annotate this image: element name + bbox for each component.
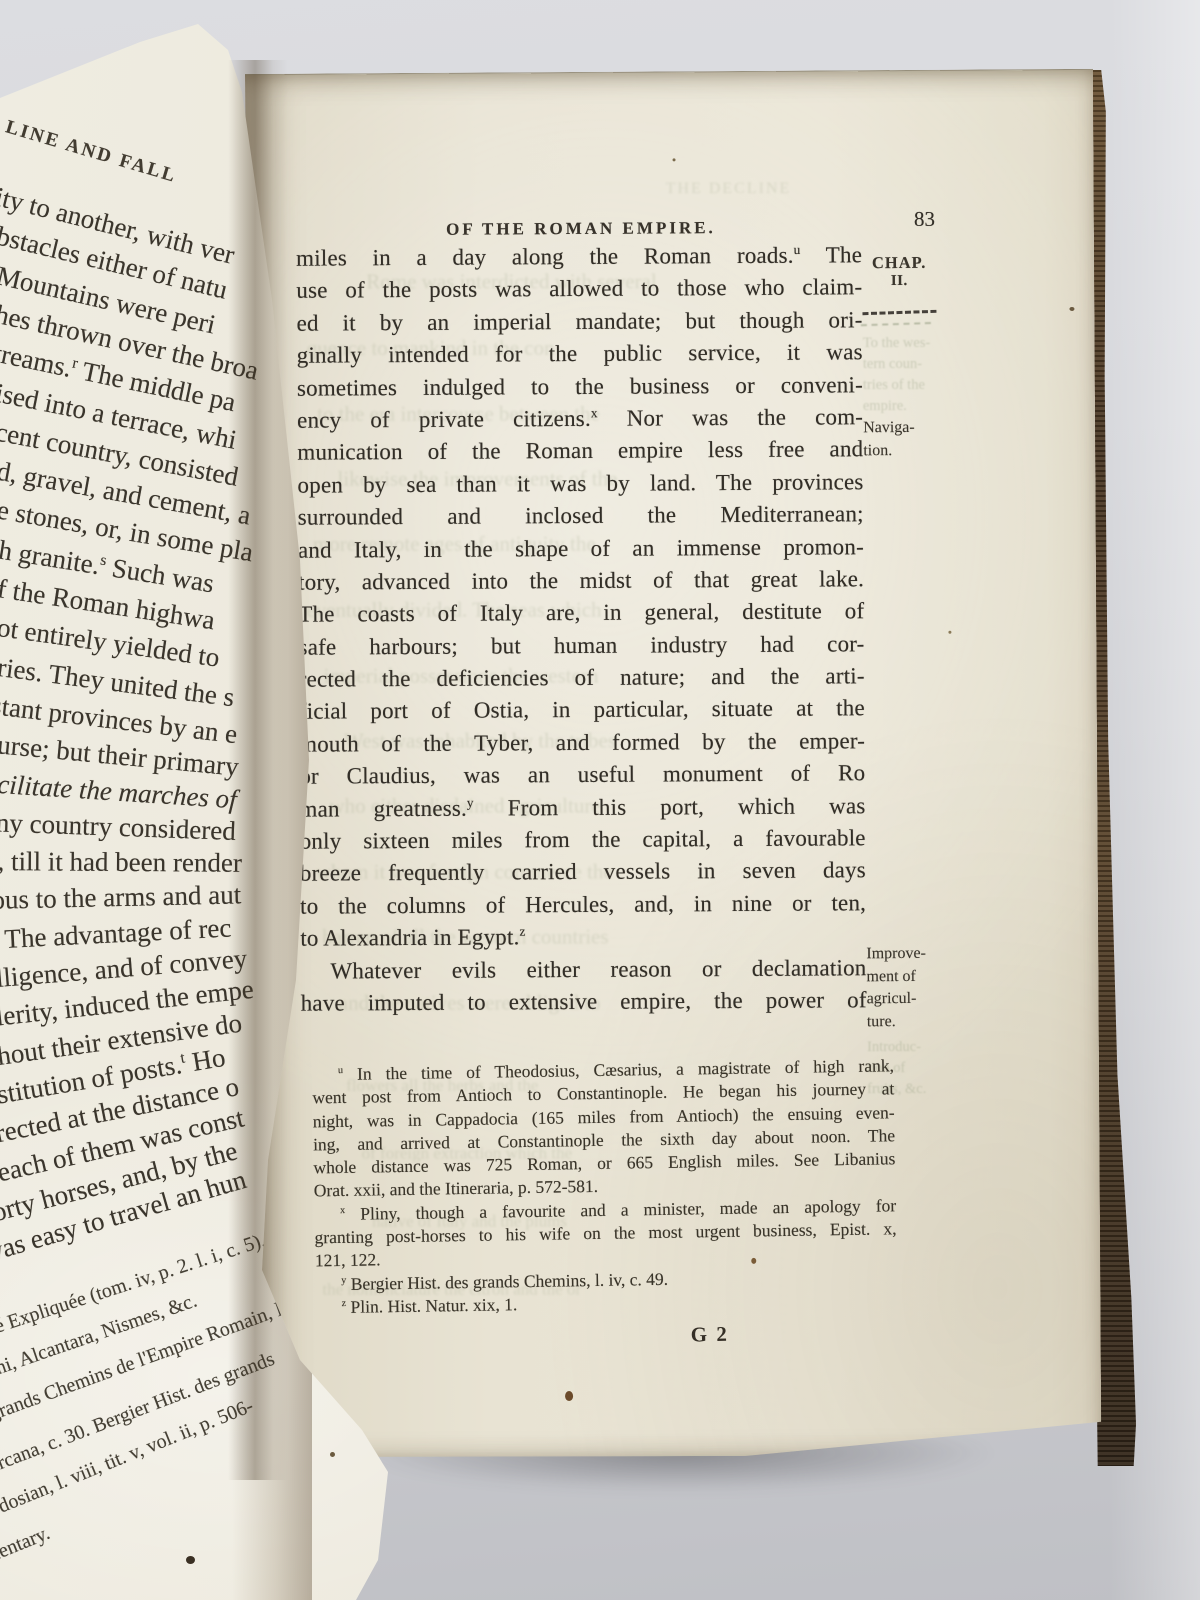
- margin-chapter-label: CHAP.: [860, 253, 938, 273]
- left-footnote-line-5: nentary.: [0, 1522, 53, 1567]
- body-text-line-5: ency of private citizens.x Nor was the c…: [297, 401, 863, 437]
- gutter-seam: [228, 60, 288, 1480]
- bleedthrough-margin-note: To the wes- tern coun- tries of the empi…: [863, 333, 931, 417]
- body-text-line-7: open by sea than it was by land. The pro…: [297, 466, 863, 502]
- foxing-speck: [673, 158, 676, 161]
- body-text-line-14: ficial port of Ostia, in particular, sit…: [299, 693, 865, 729]
- photo-of-open-book: Rome was interdicted with severalquence …: [0, 0, 1200, 1600]
- body-text-line-3: ginally intended for the public service,…: [297, 336, 863, 372]
- running-header: OF THE ROMAN EMPIRE.: [396, 218, 766, 240]
- body-text-line-4: sometimes indulged to the business or co…: [297, 369, 863, 405]
- left-running-header: LINE AND FALL: [3, 116, 180, 188]
- body-text-line-2: ed it by an imperial mandate; but though…: [296, 304, 862, 340]
- body-text-line-20: to the columns of Hercules, and, in nine…: [300, 887, 866, 923]
- foxing-speck: [565, 1391, 573, 1401]
- bleedthrough-header: THE DECLINE: [666, 180, 792, 198]
- body-text-line-9: and Italy, in the shape of an immense pr…: [298, 531, 864, 567]
- margin-section-rule: [862, 310, 936, 315]
- body-text-line-10: tory, advanced into the midst of that gr…: [298, 563, 864, 599]
- margin-column: CHAP. II. To the wes- tern coun- tries o…: [859, 70, 999, 71]
- foxing-speck: [186, 1556, 195, 1564]
- body-text-line-19: breeze frequently carried vessels in sev…: [300, 855, 866, 891]
- foxing-speck: [330, 1452, 335, 1457]
- body-text-line-1: use of the posts was allowed to those wh…: [296, 272, 862, 308]
- body-text-line-12: safe harbours; but human industry had co…: [298, 628, 864, 664]
- foxing-speck: [948, 631, 951, 634]
- foxing-speck: [751, 1258, 756, 1264]
- body-text-line-22: Whatever evils either reason or declamat…: [300, 952, 866, 988]
- body-text-line-17: man greatness.y From this port, which wa…: [299, 790, 865, 826]
- body-text-line-6: munication of the Roman empire less free…: [297, 434, 863, 470]
- margin-note-navigation: Naviga- tion.: [863, 417, 915, 462]
- foxing-speck: [1069, 307, 1074, 311]
- right-page: Rome was interdicted with severalquence …: [245, 69, 1101, 1459]
- body-text-line-0: miles in a day along the Roman roads.u T…: [296, 239, 862, 275]
- margin-chapter-number: II.: [860, 273, 938, 290]
- left-body-line-17: d, till it had been render: [0, 846, 242, 879]
- body-text-line-11: The coasts of Italy are, in general, des…: [298, 596, 864, 632]
- left-body-line-18: ious to the arms and aut: [0, 880, 241, 917]
- body-text-line-21: to Alexandria in Egypt.z: [300, 919, 866, 955]
- body-text-line-8: surrounded and inclosed the Mediterranea…: [298, 498, 864, 534]
- body-text-line-18: only sixteen miles from the capital, a f…: [300, 822, 866, 858]
- margin-note-improvement: Improve- ment of agricul- ture.: [866, 943, 926, 1033]
- body-text-line-23: have imputed to extensive empire, the po…: [301, 984, 867, 1020]
- body-text: miles in a day along the Roman roads.u T…: [296, 239, 867, 1020]
- page-number: 83: [914, 207, 935, 232]
- footnotes: u In the time of Theodosius, Cæsarius, a…: [312, 1054, 898, 1319]
- margin-chapter-heading: CHAP. II.: [860, 253, 938, 290]
- body-text-line-16: or Claudius, was an useful monument of R…: [299, 757, 865, 793]
- signature-mark: G 2: [690, 1322, 729, 1348]
- body-text-line-15: mouth of the Tyber, and formed by the em…: [299, 725, 865, 761]
- body-text-line-13: rected the deficiencies of nature; and t…: [299, 660, 865, 696]
